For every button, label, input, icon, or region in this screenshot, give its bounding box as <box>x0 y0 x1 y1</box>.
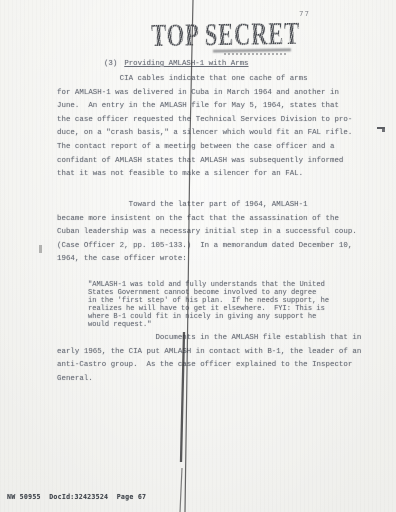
section-title: Providing AMLASH-1 with Arms <box>124 60 248 68</box>
document-page: TOP SECRET 77 (3)Providing AMLASH-1 with… <box>0 0 396 512</box>
section-heading: (3)Providing AMLASH-1 with Arms <box>104 60 249 68</box>
margin-mark-artifact <box>39 245 42 253</box>
margin-mark-artifact <box>382 129 385 132</box>
handwritten-mark: 77 <box>299 10 310 18</box>
paragraph-3: Documents in the AMLASH file establish t… <box>57 332 361 386</box>
stamp-dotted-underline-artifact <box>224 53 286 55</box>
archive-footer: NW 50955 DocId:32423524 Page 67 <box>7 493 146 501</box>
paragraph-1: CIA cables indicate that one cache of ar… <box>57 73 352 182</box>
paragraph-2: Toward the latter part of 1964, AMLASH-1… <box>57 199 357 267</box>
section-number: (3) <box>104 60 117 68</box>
block-quote: "AMLASH-1 was told and fully understands… <box>88 282 329 329</box>
